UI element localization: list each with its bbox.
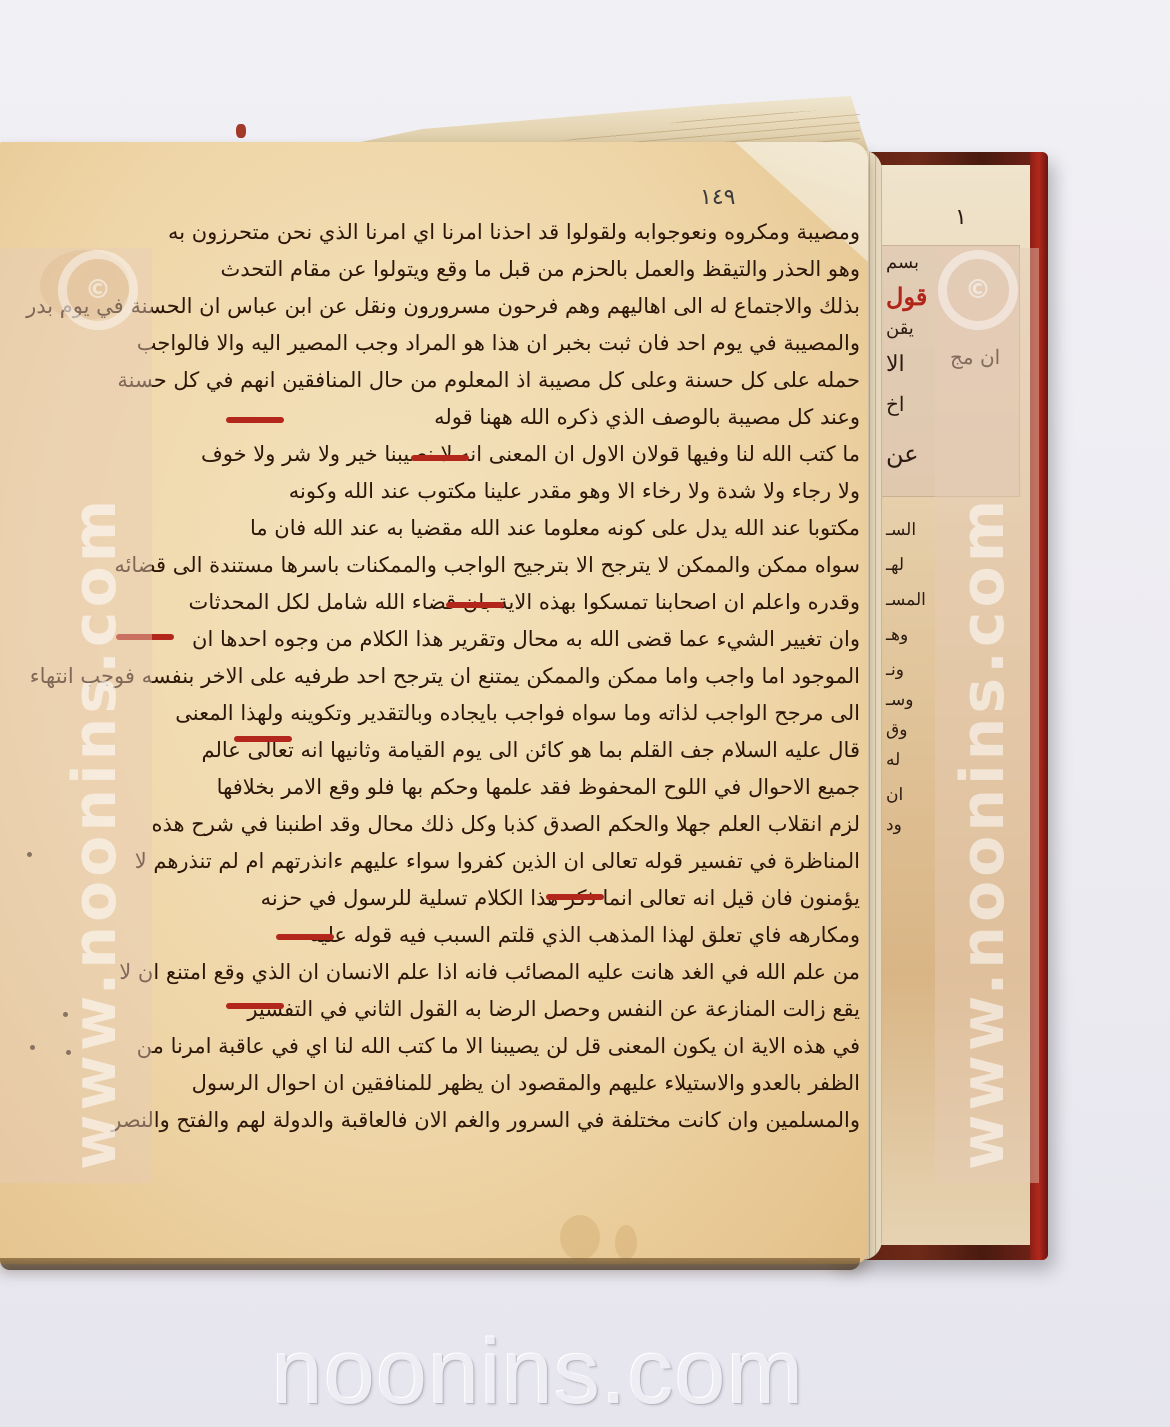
watermark-right: www.noonins.com: [948, 340, 1018, 1170]
text-line: والمسلمين وان كانت مختلفة في السرور والغ…: [111, 1103, 860, 1137]
opposite-page-fragment: يقن: [886, 318, 914, 339]
rubric-mark: [226, 417, 284, 423]
copyright-watermark-icon: ©: [58, 250, 138, 330]
text-line: ما كتب الله لنا وفيها قولان الاول ان الم…: [201, 437, 860, 471]
copyright-watermark-icon: ©: [938, 250, 1018, 330]
opposite-page-fragment: ان: [886, 785, 903, 805]
text-line: المناظرة في تفسير قوله تعالى ان الذين كف…: [135, 844, 860, 878]
text-line: جميع الاحوال في اللوح المحفوظ فقد علمها …: [217, 770, 860, 804]
folio-number: ١٤٩: [700, 185, 735, 210]
opposite-page-fragment: الا: [886, 352, 905, 377]
text-line: ومصيبة ومكروه ونعوجوابه ولقولوا قد احذنا…: [168, 215, 860, 249]
opposite-page-fragment: ود: [886, 815, 902, 835]
opposite-page-fragment: وسـ: [886, 690, 913, 710]
page-bottom-edge: [0, 1258, 860, 1270]
opposite-page-fragment: وهـ: [886, 625, 908, 645]
text-line: والمصيبة في يوم احد فان ثبت بخبر ان هذا …: [137, 326, 860, 360]
manuscript-photo: ١ بسم قول يقن الا اخ عن ان مج السـ لهـ ا…: [0, 0, 1170, 1427]
watermark-left: www.noonins.com: [60, 340, 130, 1170]
opposite-page-fragment: لهـ: [886, 555, 904, 575]
text-line: ولا رجاء ولا شدة ولا رخاء الا وهو مقدر ع…: [289, 474, 860, 508]
text-line: الظفر بالعدو والاستيلاء عليهم والمقصود ا…: [192, 1066, 860, 1100]
opposite-page-fragment: بسم: [886, 252, 919, 273]
text-line: سواه ممكن والممكن لا يترجح الا بترجيح ال…: [114, 548, 860, 582]
stain: [615, 1225, 637, 1260]
text-line: الى مرجح الواجب لذاته وما سواه فواجب باي…: [175, 696, 860, 730]
rubric-mark: [226, 1003, 284, 1009]
text-line: من علم الله في الغد هانت عليه المصائب فا…: [119, 955, 860, 989]
torn-red-fragment: [236, 124, 246, 138]
text-line: يقع زالت المنازعة عن النفس وحصل الرضا به…: [247, 992, 860, 1026]
opposite-page-number: ١: [955, 205, 967, 230]
opposite-page-fragment: ونـ: [886, 660, 904, 680]
stain: [560, 1215, 600, 1260]
opposite-page-fragment: عن: [886, 440, 919, 468]
opposite-page-fragment: اخ: [886, 392, 904, 416]
text-line: وهو الحذر والتيقظ والعمل بالحزم من قبل م…: [220, 252, 860, 286]
text-line: لزم انقلاب العلم جهلا والحكم الصدق كذبا …: [151, 807, 860, 841]
text-line: مكتوبا عند الله يدل على كونه معلوما عند …: [250, 511, 860, 545]
opposite-page-fragment: السـ: [886, 520, 916, 540]
text-line: الموجود اما واجب واما ممكن والممكن يمتنع…: [30, 659, 860, 693]
text-line: وان تغيير الشيء عما قضى الله به محال وتق…: [192, 622, 860, 656]
rubric-mark: [411, 455, 469, 461]
watermark-bottom: noonins.com: [228, 1320, 848, 1425]
text-line: حمله على كل حسنة وعلى كل مصيبة اذ المعلو…: [117, 363, 860, 397]
text-line: ومكارهه فاي تعلق لهذا المذهب الذي قلتم ا…: [310, 918, 860, 952]
rubric-mark: [446, 602, 504, 608]
opposite-page-heading: قول: [886, 282, 927, 311]
rubric-mark: [234, 736, 292, 742]
text-line: وقدره واعلم ان اصحابنا تمسكوا بهذه الاية…: [189, 585, 860, 619]
opposite-page-fragment: له: [886, 750, 900, 770]
rubric-mark: [546, 894, 604, 900]
text-line: في هذه الاية ان يكون المعنى قل لن يصيبنا…: [137, 1029, 860, 1063]
rubric-mark: [276, 934, 334, 940]
opposite-page-fragment: وق: [886, 720, 907, 740]
text-line: وعند كل مصيبة بالوصف الذي ذكره الله ههنا…: [434, 400, 860, 434]
opposite-page-fragment: المسـ: [886, 590, 926, 610]
text-line: قال عليه السلام جف القلم بما هو كائن الى…: [202, 733, 860, 767]
